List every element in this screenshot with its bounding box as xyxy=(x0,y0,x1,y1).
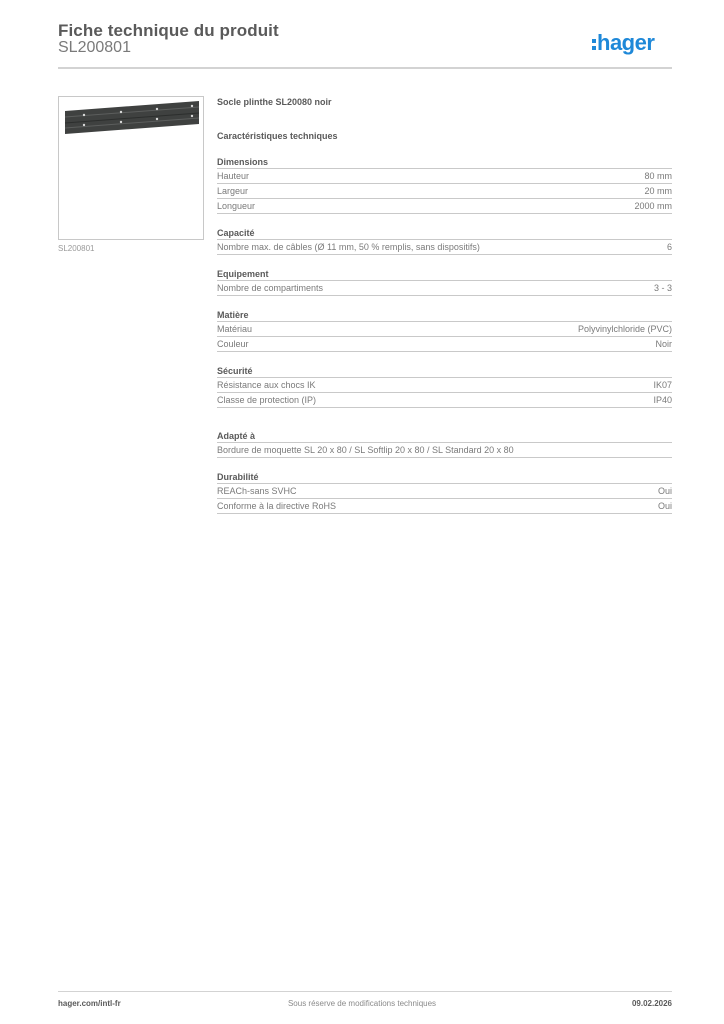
spec-label: Matériau xyxy=(217,322,252,336)
spec-row: Conforme à la directive RoHSOui xyxy=(217,499,672,514)
spec-row: MatériauPolyvinylchloride (PVC) xyxy=(217,322,672,337)
section-title: Equipement xyxy=(217,268,672,281)
hager-logo: hager xyxy=(592,30,654,56)
spec-section: Adapté àBordure de moquette SL 20 x 80 /… xyxy=(217,430,672,458)
spec-row: CouleurNoir xyxy=(217,337,672,352)
spec-value: Oui xyxy=(658,499,672,513)
spec-section: CapacitéNombre max. de câbles (Ø 11 mm, … xyxy=(217,227,672,255)
page-title: Fiche technique du produit xyxy=(58,21,279,41)
tech-heading: Caractéristiques techniques xyxy=(217,130,672,142)
spec-value: Oui xyxy=(658,484,672,498)
baseboard-trunking-image-icon xyxy=(59,97,203,239)
section-title: Sécurité xyxy=(217,365,672,378)
spec-row: Bordure de moquette SL 20 x 80 / SL Soft… xyxy=(217,443,672,458)
spec-value: 20 mm xyxy=(644,184,672,198)
section-title: Durabilité xyxy=(217,471,672,484)
spec-value: 6 xyxy=(667,240,672,254)
image-caption: SL200801 xyxy=(58,244,94,253)
footer-date: 09.02.2026 xyxy=(632,999,672,1008)
logo-text: hager xyxy=(597,30,654,56)
spec-label: REACh-sans SVHC xyxy=(217,484,297,498)
spec-section: MatièreMatériauPolyvinylchloride (PVC)Co… xyxy=(217,309,672,352)
spec-section: EquipementNombre de compartiments3 - 3 xyxy=(217,268,672,296)
logo-colon-icon xyxy=(592,39,596,50)
spec-row: REACh-sans SVHCOui xyxy=(217,484,672,499)
spec-value: IP40 xyxy=(653,393,672,407)
spec-content: Socle plinthe SL20080 noir Caractéristiq… xyxy=(217,96,672,514)
spec-value: IK07 xyxy=(653,378,672,392)
spec-label: Nombre max. de câbles (Ø 11 mm, 50 % rem… xyxy=(217,240,480,254)
product-reference: SL200801 xyxy=(58,39,131,57)
product-image xyxy=(58,96,204,240)
spec-row: Nombre max. de câbles (Ø 11 mm, 50 % rem… xyxy=(217,240,672,255)
spec-row: Résistance aux chocs IKIK07 xyxy=(217,378,672,393)
spec-value: 80 mm xyxy=(644,169,672,183)
spec-section: DimensionsHauteur80 mmLargeur20 mmLongue… xyxy=(217,156,672,214)
section-title: Capacité xyxy=(217,227,672,240)
spec-row: Longueur2000 mm xyxy=(217,199,672,214)
spec-label: Longueur xyxy=(217,199,255,213)
spec-row: Nombre de compartiments3 - 3 xyxy=(217,281,672,296)
product-name: Socle plinthe SL20080 noir xyxy=(217,96,672,108)
footer-divider xyxy=(58,991,672,992)
spec-section: DurabilitéREACh-sans SVHCOuiConforme à l… xyxy=(217,471,672,514)
spec-label: Bordure de moquette SL 20 x 80 / SL Soft… xyxy=(217,443,514,457)
spec-value: Noir xyxy=(655,337,672,351)
section-title: Matière xyxy=(217,309,672,322)
spec-label: Largeur xyxy=(217,184,248,198)
spec-label: Hauteur xyxy=(217,169,249,183)
spec-row: Classe de protection (IP)IP40 xyxy=(217,393,672,408)
spec-label: Nombre de compartiments xyxy=(217,281,323,295)
spec-row: Largeur20 mm xyxy=(217,184,672,199)
spec-section: SécuritéRésistance aux chocs IKIK07Class… xyxy=(217,365,672,408)
spec-label: Résistance aux chocs IK xyxy=(217,378,316,392)
spec-value: Polyvinylchloride (PVC) xyxy=(578,322,672,336)
spec-label: Conforme à la directive RoHS xyxy=(217,499,336,513)
section-title: Dimensions xyxy=(217,156,672,169)
spec-sections: DimensionsHauteur80 mmLargeur20 mmLongue… xyxy=(217,156,672,514)
spec-row: Hauteur80 mm xyxy=(217,169,672,184)
spec-label: Couleur xyxy=(217,337,249,351)
spec-value: 2000 mm xyxy=(634,199,672,213)
header-divider xyxy=(58,67,672,69)
spec-label: Classe de protection (IP) xyxy=(217,393,316,407)
spec-value: 3 - 3 xyxy=(654,281,672,295)
section-title: Adapté à xyxy=(217,430,672,443)
footer-disclaimer: Sous réserve de modifications techniques xyxy=(0,999,724,1008)
